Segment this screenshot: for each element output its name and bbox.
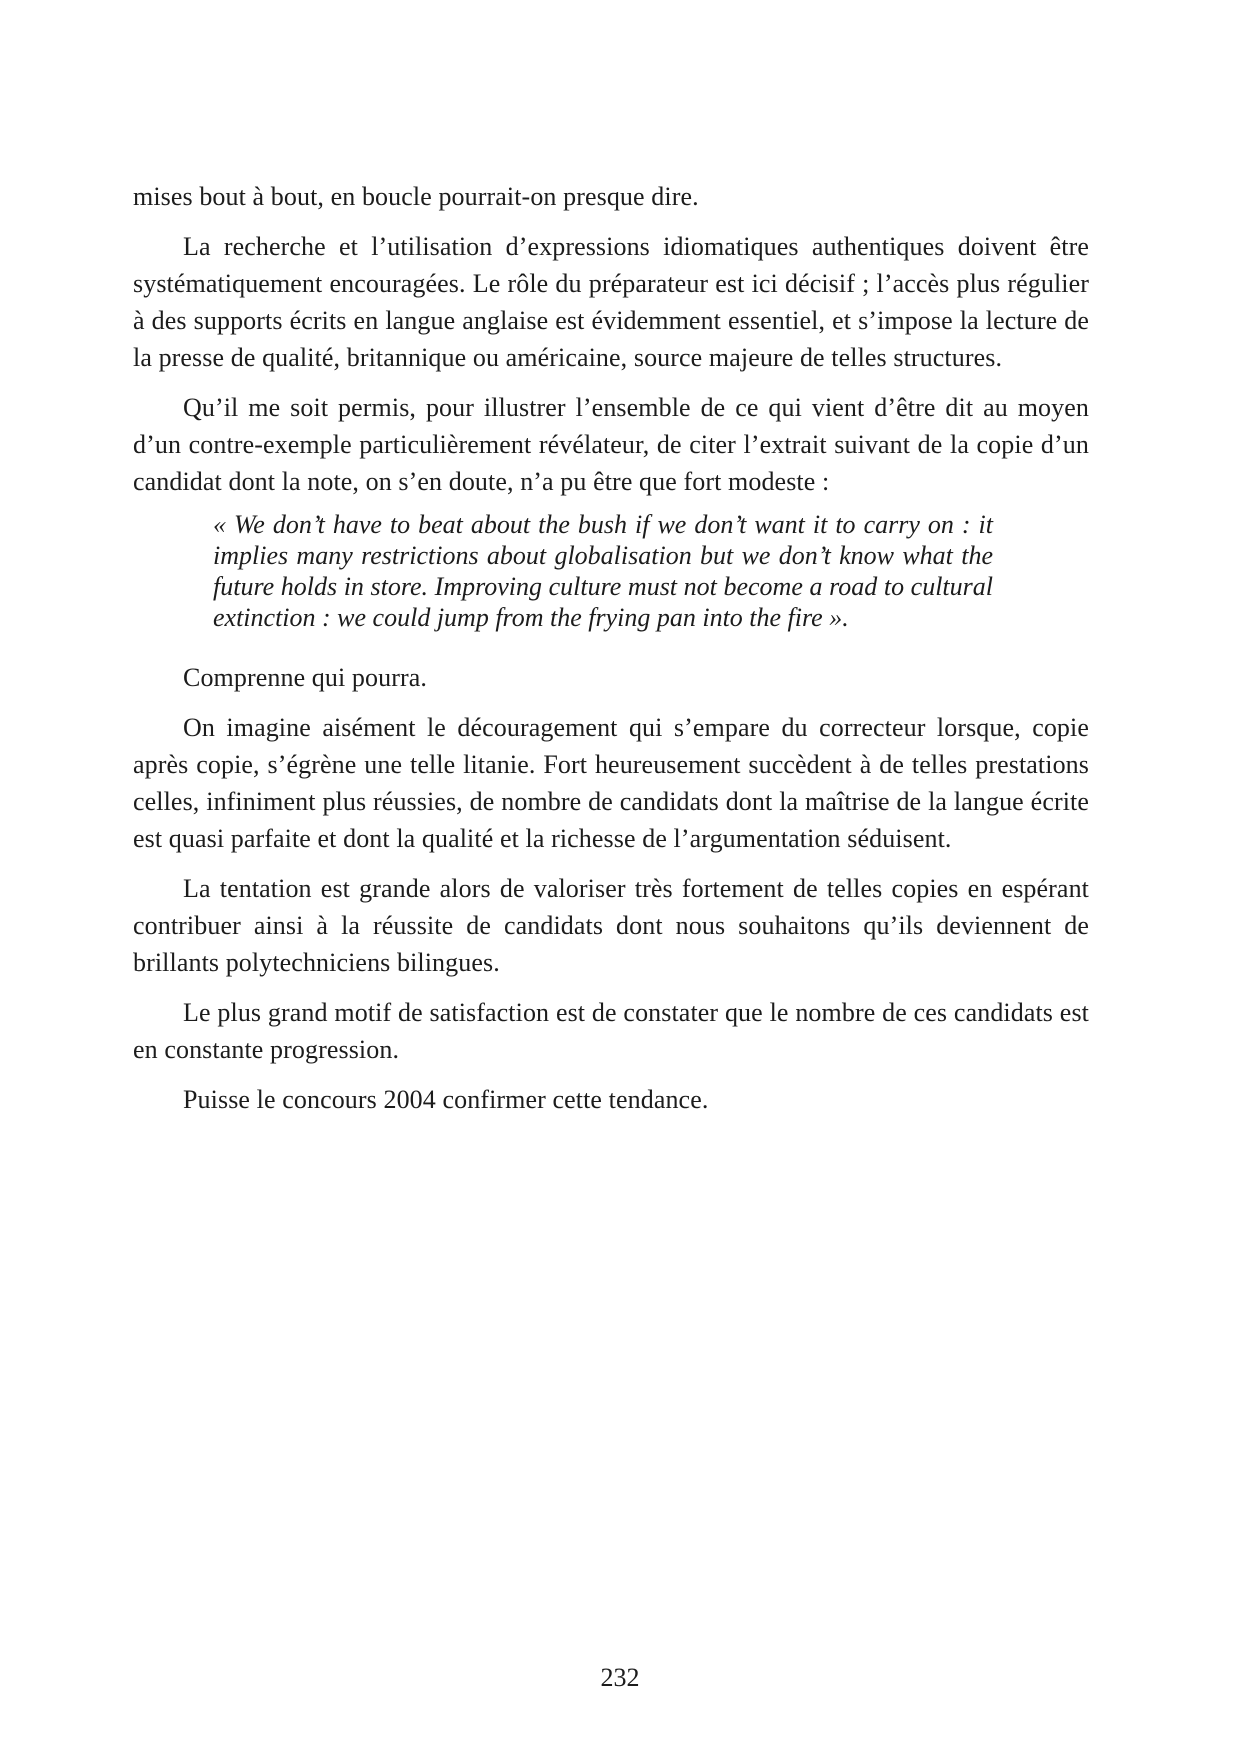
paragraph-continuation: mises bout à bout, en boucle pourrait-on…: [133, 178, 1089, 215]
text-block: mises bout à bout, en boucle pourrait-on…: [133, 178, 1089, 1118]
document-page: mises bout à bout, en boucle pourrait-on…: [0, 0, 1240, 1754]
paragraph: La tentation est grande alors de valoris…: [133, 870, 1089, 981]
paragraph: Qu’il me soit permis, pour illustrer l’e…: [133, 389, 1089, 500]
paragraph: Le plus grand motif de satisfaction est …: [133, 994, 1089, 1068]
page-number: 232: [0, 1662, 1240, 1694]
paragraph: On imagine aisément le découragement qui…: [133, 709, 1089, 857]
paragraph: Comprenne qui pourra.: [133, 659, 1089, 696]
paragraph: Puisse le concours 2004 confirmer cette …: [133, 1081, 1089, 1118]
paragraph: La recherche et l’utilisation d’expressi…: [133, 228, 1089, 376]
blockquote-candidate-excerpt: « We don’t have to beat about the bush i…: [213, 509, 993, 633]
